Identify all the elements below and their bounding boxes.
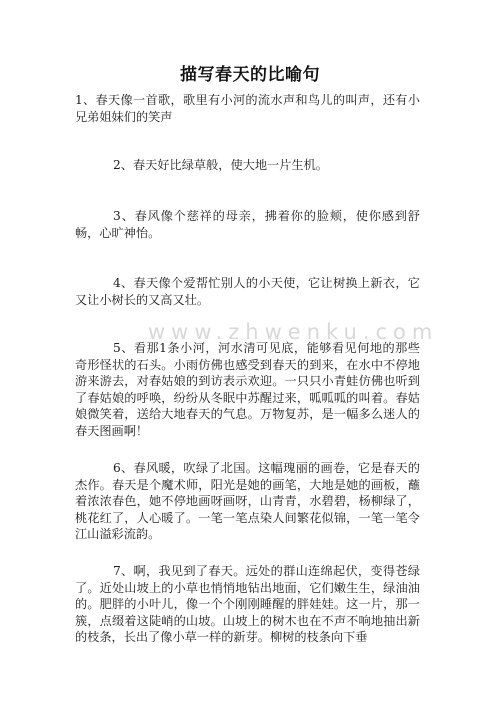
paragraph-3: 3、春风像个慈祥的母亲，拂着你的脸颊，使你感到舒畅，心旷神怡。 [75,208,420,241]
document-page: www.zhwenku.com 描写春天的比喻句 1、春天像一首歌，歌里有小河的… [0,0,500,708]
paragraph-5: 5、看那1条小河，河水清可见底，能够看见何地的那些奇形怪状的石头。小雨仿佛也感受… [75,340,420,439]
paragraph-2: 2、春天好比绿草般，使大地一片生机。 [75,157,420,174]
paragraph-7: 7、啊，我见到了春天。远处的群山连绵起伏，变得苍绿了。近处山坡上的小草也悄悄地钻… [75,563,420,646]
page-title: 描写春天的比喻句 [0,60,500,85]
paragraph-1: 1、春天像一首歌，歌里有小河的流水声和鸟儿的叫声，还有小兄弟姐妹们的笑声 [75,92,420,125]
paragraph-6: 6、春风暖，吹绿了北国。这幅瑰丽的画卷，它是春天的杰作。春天是个魔术师，阳光是她… [75,460,420,543]
paragraph-4: 4、春天像个爱帮忙别人的小天使，它让树换上新衣，它又让小树长的又高又壮。 [75,275,420,308]
